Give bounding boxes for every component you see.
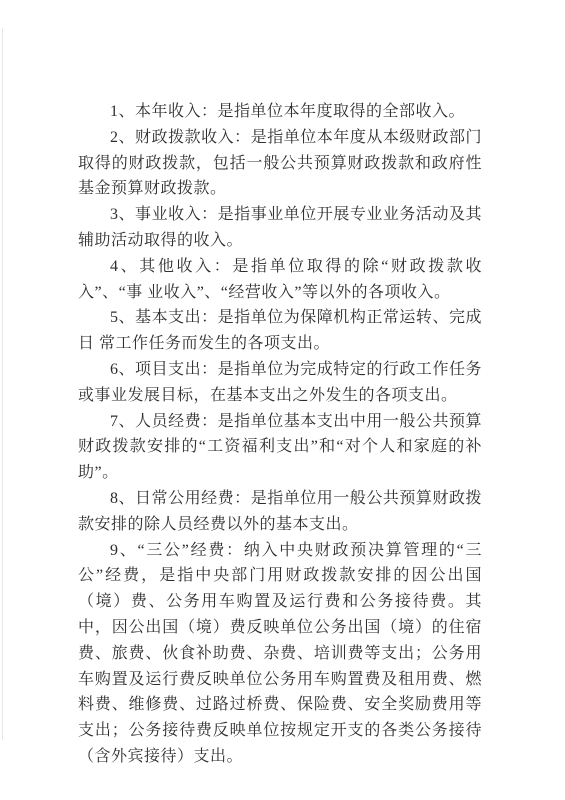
document-page: 1、本年收入：是指单位本年度取得的全部收入。 2、财政拨款收入：是指单位本年度从… xyxy=(0,0,565,800)
scan-edge-artifact xyxy=(2,28,3,740)
document-body: 1、本年收入：是指单位本年度取得的全部收入。 2、财政拨款收入：是指单位本年度从… xyxy=(78,99,482,770)
definition-paragraph-4: 4、其他收入：是指单位取得的除“财政拨款收入”、“事 业收入”、“经营收入”等以… xyxy=(78,254,482,306)
definition-paragraph-5: 5、基本支出：是指单位为保障机构正常运转、完成日 常工作任务而发生的各项支出。 xyxy=(78,305,482,357)
definition-paragraph-6: 6、项目支出：是指单位为完成特定的行政工作任务或事业发展目标，在基本支出之外发生… xyxy=(78,357,482,409)
definition-paragraph-1: 1、本年收入：是指单位本年度取得的全部收入。 xyxy=(78,99,482,125)
definition-paragraph-9: 9、“三公”经费：纳入中央财政预决算管理的“三公”经费，是指中央部门用财政拨款安… xyxy=(78,538,482,770)
definition-paragraph-2: 2、财政拨款收入：是指单位本年度从本级财政部门取得的财政拨款，包括一般公共预算财… xyxy=(78,125,482,202)
definition-paragraph-7: 7、人员经费：是指单位基本支出中用一般公共预算财政拨款安排的“工资福利支出”和“… xyxy=(78,409,482,486)
definition-paragraph-3: 3、事业收入：是指事业单位开展专业业务活动及其辅助活动取得的收入。 xyxy=(78,202,482,254)
definition-paragraph-8: 8、日常公用经费：是指单位用一般公共预算财政拨款安排的除人员经费以外的基本支出。 xyxy=(78,486,482,538)
